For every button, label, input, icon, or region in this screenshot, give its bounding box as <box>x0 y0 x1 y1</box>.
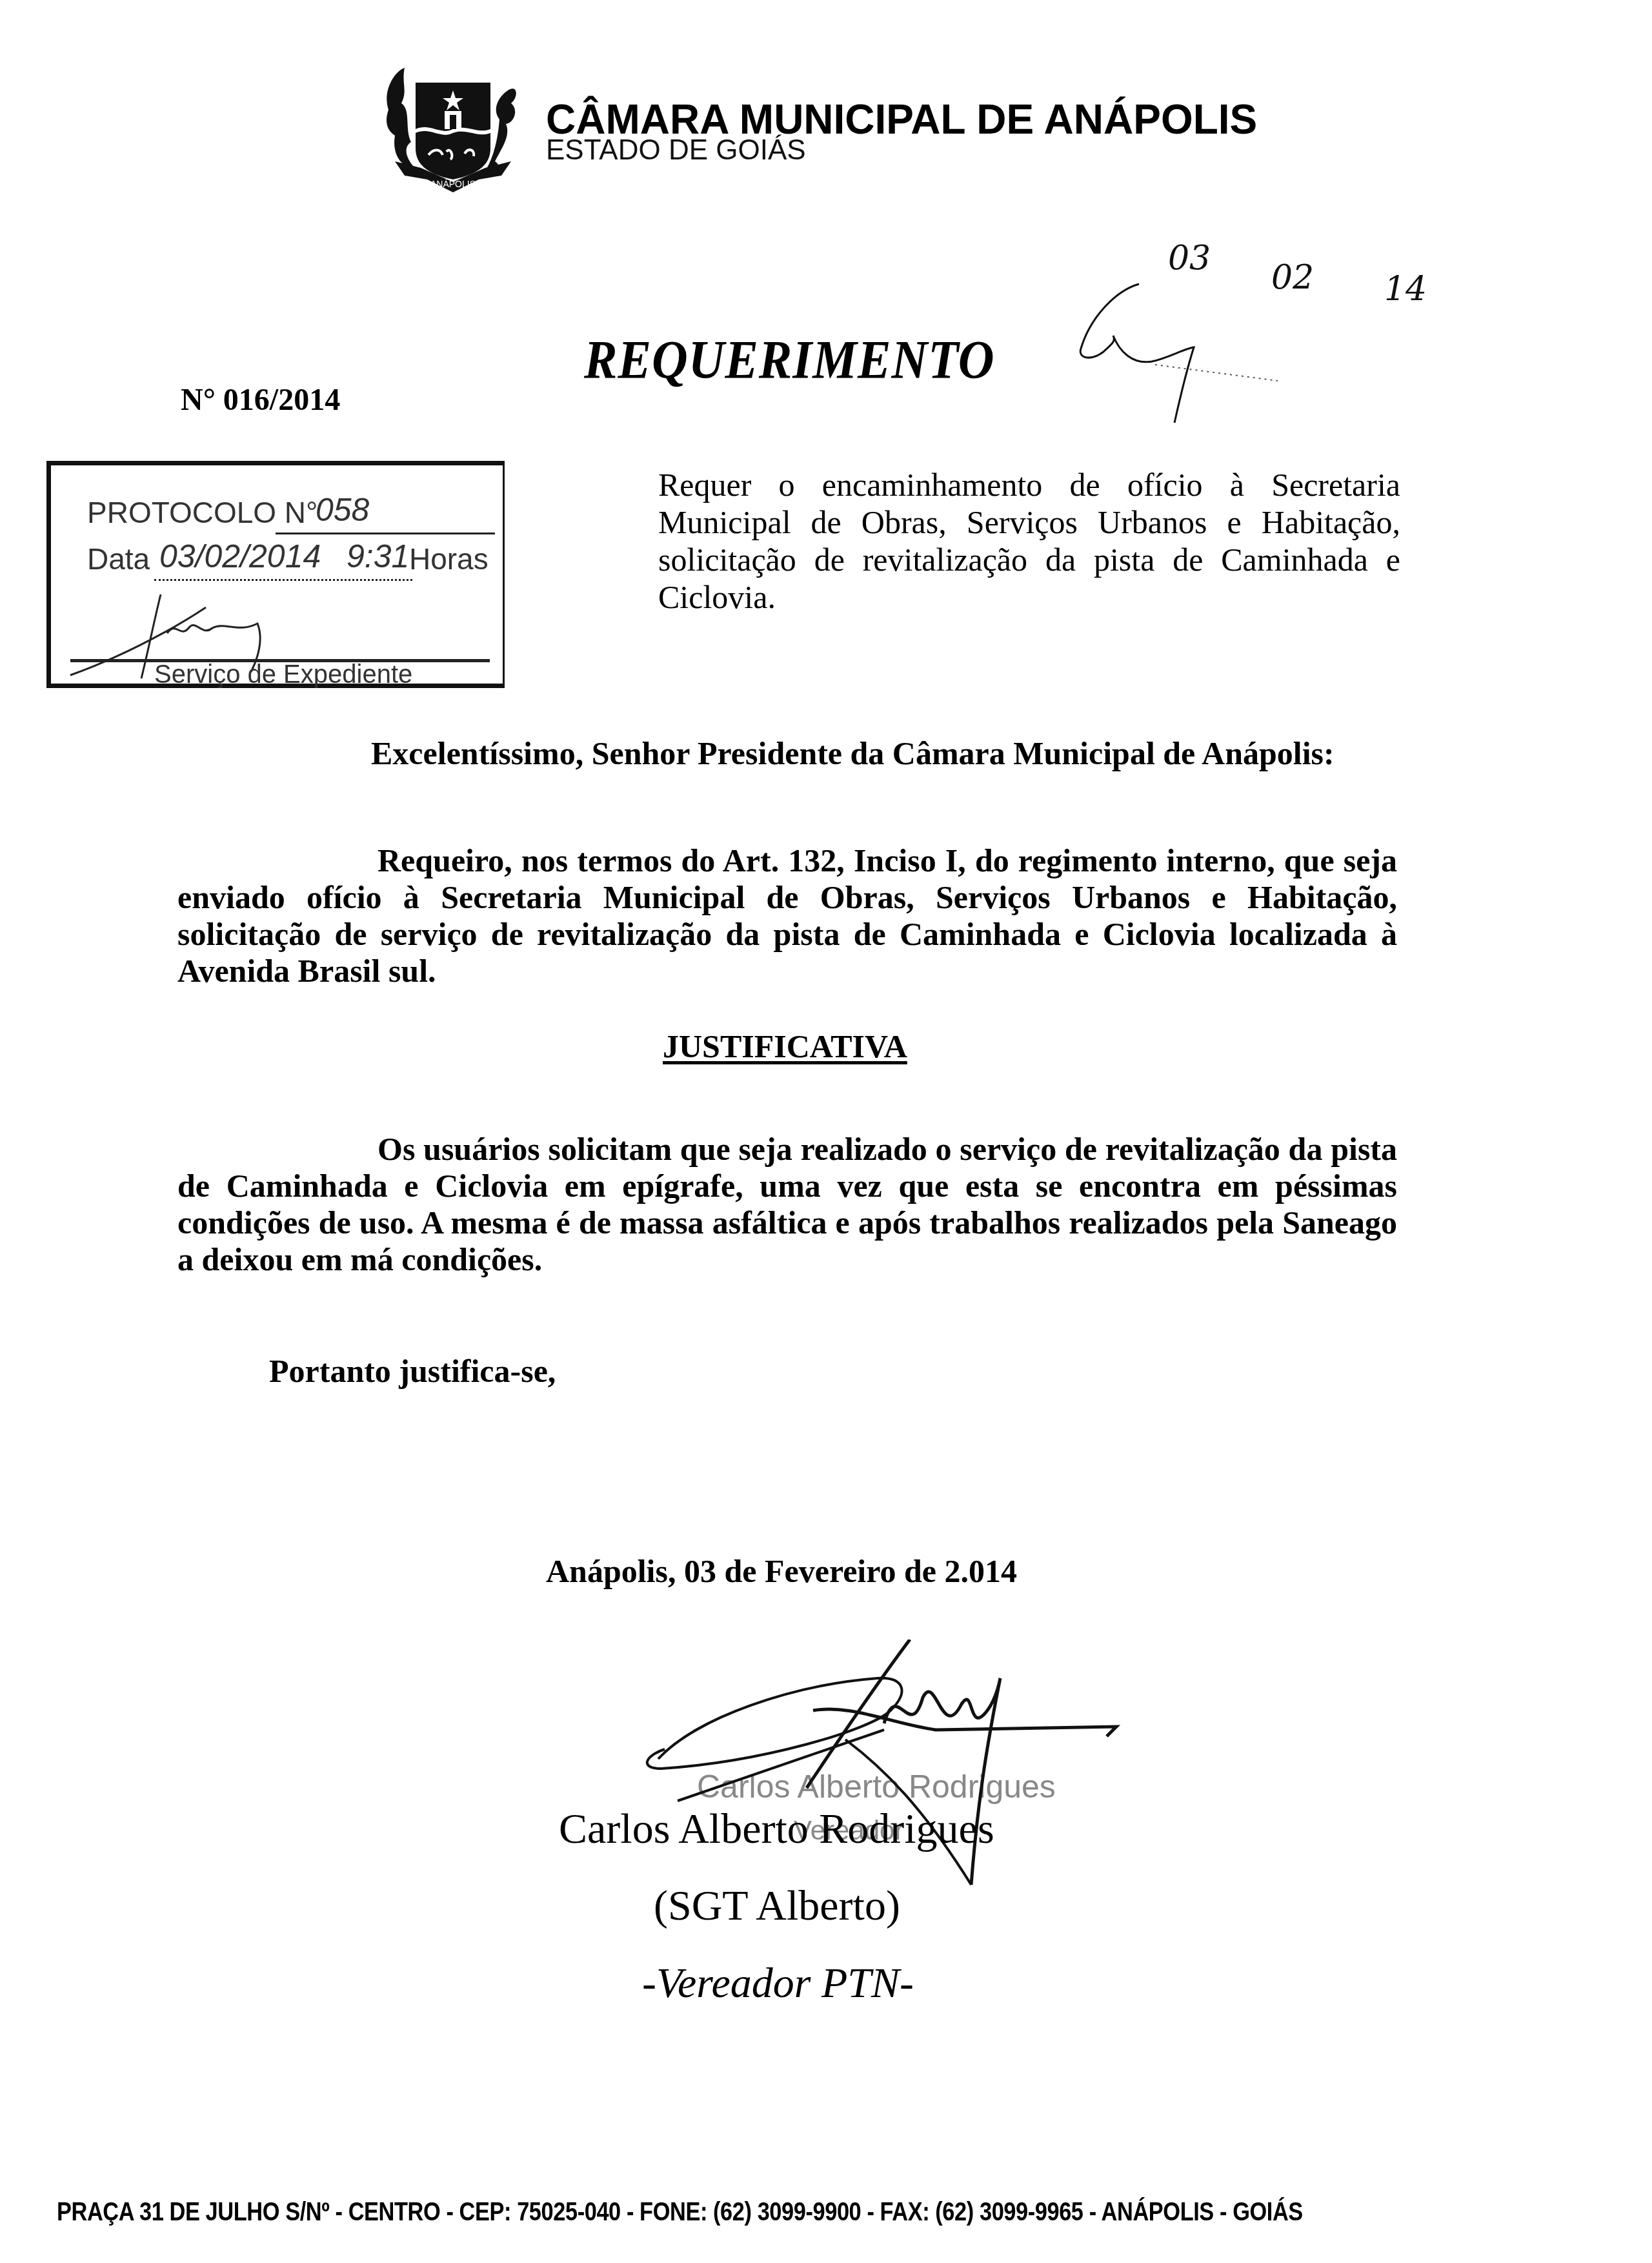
request-body-text: Requeiro, nos termos do Art. 132, Inciso… <box>177 842 1397 989</box>
svg-text:ANÁPOLIS: ANÁPOLIS <box>430 179 476 189</box>
request-summary: Requer o encaminhamento de ofício à Secr… <box>658 466 1400 616</box>
protocol-hours-label: Horas <box>409 542 489 576</box>
signer-role: -Vereador PTN- <box>642 1959 914 2008</box>
salutation: Excelentíssimo, Senhor Presidente da Câm… <box>371 735 1335 772</box>
protocol-service-label: Serviço de Expediente <box>154 660 412 689</box>
signer-nickname: (SGT Alberto) <box>654 1882 900 1931</box>
protocol-date-line <box>154 579 412 581</box>
organization-state: ESTADO DE GOIÁS <box>546 134 806 167</box>
svg-text:Carlos Alberto Rodrigues: Carlos Alberto Rodrigues <box>697 1769 1056 1805</box>
footer-address: PRAÇA 31 DE JULHO S/Nº - CENTRO - CEP: 7… <box>57 2198 1303 2227</box>
handwritten-receipt-note: 03 02 14 <box>1071 239 1484 432</box>
request-body: Requeiro, nos termos do Art. 132, Inciso… <box>177 842 1397 989</box>
handwritten-year: 14 <box>1384 270 1427 309</box>
justification-heading: JUSTIFICATIVA <box>663 1028 907 1065</box>
protocol-date: 03/02/2014 <box>159 538 321 575</box>
protocol-number: 058 <box>316 491 369 529</box>
protocol-label: PROTOCOLO N° <box>87 495 318 530</box>
justification-text: Os usuários solicitam que seja realizado… <box>177 1131 1397 1277</box>
protocol-time: 9:31 <box>347 538 409 575</box>
handwritten-day: 03 <box>1168 239 1211 278</box>
protocol-number-line <box>276 533 495 534</box>
protocol-date-label: Data <box>87 542 150 576</box>
justification-body: Os usuários solicitam que seja realizado… <box>177 1131 1397 1278</box>
handwritten-month: 02 <box>1271 258 1314 297</box>
signer-name: Carlos Alberto Rodrigues <box>559 1805 994 1854</box>
protocol-stamp: PROTOCOLO N° 058 Data 03/02/2014 9:31 Ho… <box>46 461 505 688</box>
closing-line: Portanto justifica-se, <box>269 1352 556 1390</box>
document-title: REQUERIMENTO <box>584 329 995 392</box>
document-number: N° 016/2014 <box>181 382 340 418</box>
municipal-coat-of-arms-icon: ANÁPOLIS <box>382 65 521 194</box>
place-and-date: Anápolis, 03 de Fevereiro de 2.014 <box>546 1552 1017 1590</box>
